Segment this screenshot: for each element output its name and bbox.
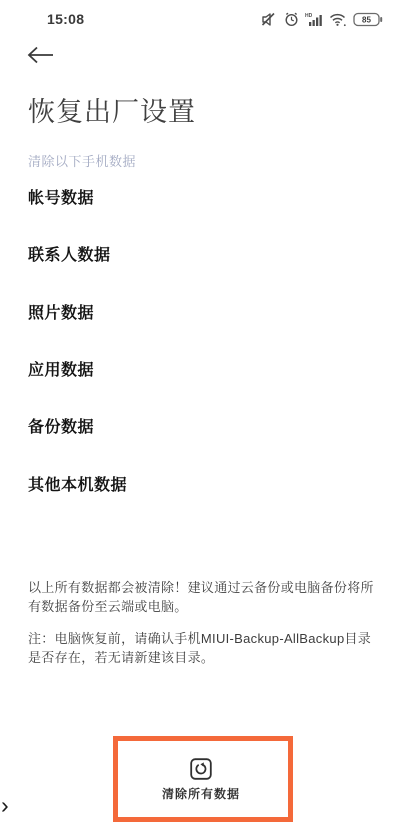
alarm-icon: [284, 12, 299, 27]
chevron-artifact: ›: [1, 792, 9, 819]
signal-icon: HD: [305, 12, 323, 27]
list-item-apps: 应用数据: [0, 340, 402, 397]
list-item-contacts: 联系人数据: [0, 225, 402, 282]
reset-icon: [190, 758, 212, 780]
clock: 15:08: [47, 11, 84, 27]
battery-level: 85: [362, 15, 371, 24]
wifi-icon: [329, 12, 347, 27]
list-item-backup: 备份数据: [0, 397, 402, 454]
hd-label: HD: [305, 13, 313, 19]
mute-icon: [261, 12, 278, 27]
page-title: 恢复出厂设置: [28, 90, 196, 129]
list-item-other: 其他本机数据: [0, 454, 402, 511]
list-item-account: 帐号数据: [0, 168, 402, 225]
factory-reset-screen: 15:08 HD: [0, 0, 402, 827]
status-icons: HD 85: [261, 12, 383, 27]
back-button[interactable]: [26, 44, 56, 66]
erase-all-data-button[interactable]: 清除所有数据: [0, 758, 402, 802]
warning-text: 以上所有数据都会被清除！建议通过云备份或电脑备份将所有数据备份至云端或电脑。: [28, 578, 376, 616]
note-text: 注：电脑恢复前，请确认手机MIUI-Backup-AllBackup目录是否存在…: [28, 629, 376, 667]
data-category-list: 帐号数据 联系人数据 照片数据 应用数据 备份数据 其他本机数据: [0, 168, 402, 512]
erase-all-data-label: 清除所有数据: [162, 785, 240, 802]
back-arrow-icon: [26, 44, 56, 66]
battery-icon: 85: [353, 12, 383, 27]
list-item-photos: 照片数据: [0, 283, 402, 340]
status-bar: 15:08 HD: [0, 0, 402, 32]
